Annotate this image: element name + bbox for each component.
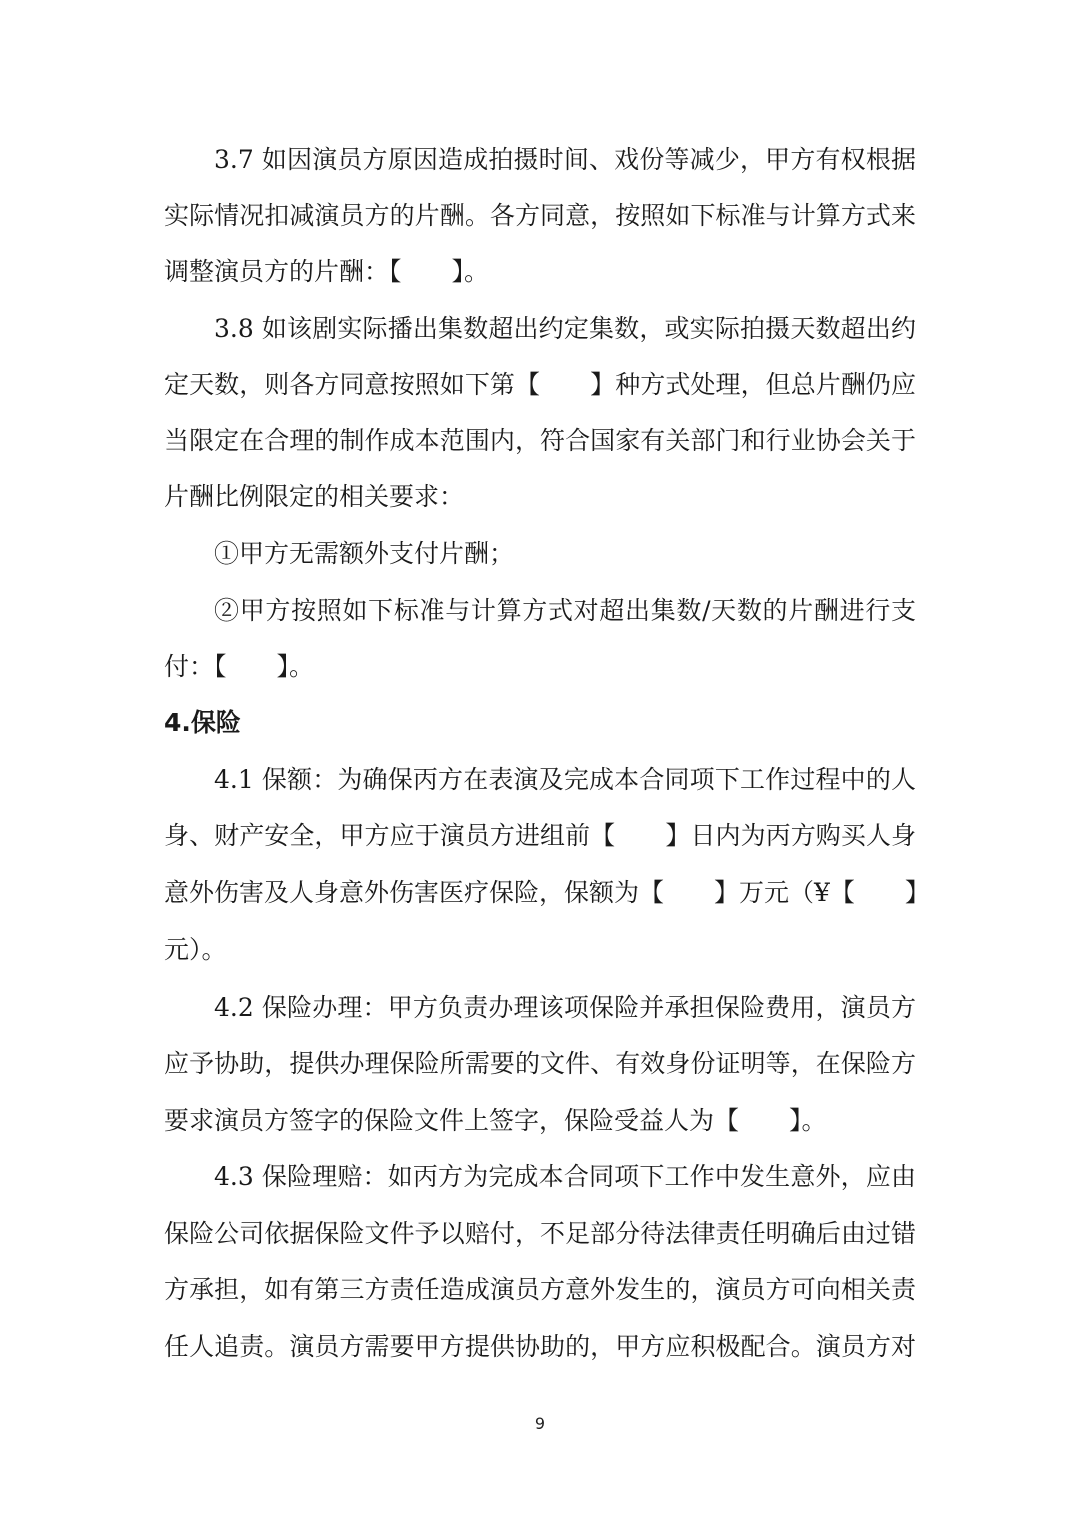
clause-4-1-line-4: 元）。: [164, 930, 916, 970]
clause-4-3-line-1: 4.3 保险理赔：如丙方为完成本合同项下工作中发生意外，应由: [214, 1157, 916, 1197]
clause-3-7-line-3: 调整演员方的片酬：【 】。: [164, 252, 916, 292]
clause-3-8-option-1: ①甲方无需额外支付片酬；: [214, 534, 916, 574]
clause-4-3-line-3: 方承担，如有第三方责任造成演员方意外发生的，演员方可向相关责: [164, 1270, 916, 1310]
clause-3-8-line-2: 定天数，则各方同意按照如下第【 】种方式处理，但总片酬仍应: [164, 365, 916, 405]
clause-4-1-line-3: 意外伤害及人身意外伤害医疗保险，保额为【 】万元（¥【 】: [164, 873, 916, 913]
page-number: 9: [0, 1414, 1080, 1433]
clause-4-2-line-2: 应予协助，提供办理保险所需要的文件、有效身份证明等，在保险方: [164, 1044, 916, 1084]
clause-3-8-line-3: 当限定在合理的制作成本范围内，符合国家有关部门和行业协会关于: [164, 421, 916, 461]
document-page: 3.7 如因演员方原因造成拍摄时间、戏份等减少，甲方有权根据 实际情况扣减演员方…: [0, 0, 1080, 1527]
clause-4-1-line-1: 4.1 保额：为确保丙方在表演及完成本合同项下工作过程中的人: [214, 760, 916, 800]
clause-3-8-option-2-line-1: ②甲方按照如下标准与计算方式对超出集数/天数的片酬进行支: [214, 591, 916, 631]
clause-3-8-line-4: 片酬比例限定的相关要求：: [164, 477, 916, 517]
section-4-heading: 4.保险: [164, 703, 916, 743]
clause-3-8-option-2-line-2: 付：【 】。: [164, 647, 916, 687]
clause-3-7-line-1: 3.7 如因演员方原因造成拍摄时间、戏份等减少，甲方有权根据: [214, 140, 916, 180]
clause-4-2-line-1: 4.2 保险办理：甲方负责办理该项保险并承担保险费用，演员方: [214, 988, 916, 1028]
clause-3-8-line-1: 3.8 如该剧实际播出集数超出约定集数，或实际拍摄天数超出约: [214, 309, 916, 349]
clause-4-2-line-3: 要求演员方签字的保险文件上签字，保险受益人为【 】。: [164, 1101, 916, 1141]
clause-4-1-line-2: 身、财产安全，甲方应于演员方进组前【 】日内为丙方购买人身: [164, 816, 916, 856]
clause-4-3-line-2: 保险公司依据保险文件予以赔付，不足部分待法律责任明确后由过错: [164, 1214, 916, 1254]
clause-3-7-line-2: 实际情况扣减演员方的片酬。各方同意，按照如下标准与计算方式来: [164, 196, 916, 236]
clause-4-3-line-4: 任人追责。演员方需要甲方提供协助的，甲方应积极配合。演员方对: [164, 1327, 916, 1367]
